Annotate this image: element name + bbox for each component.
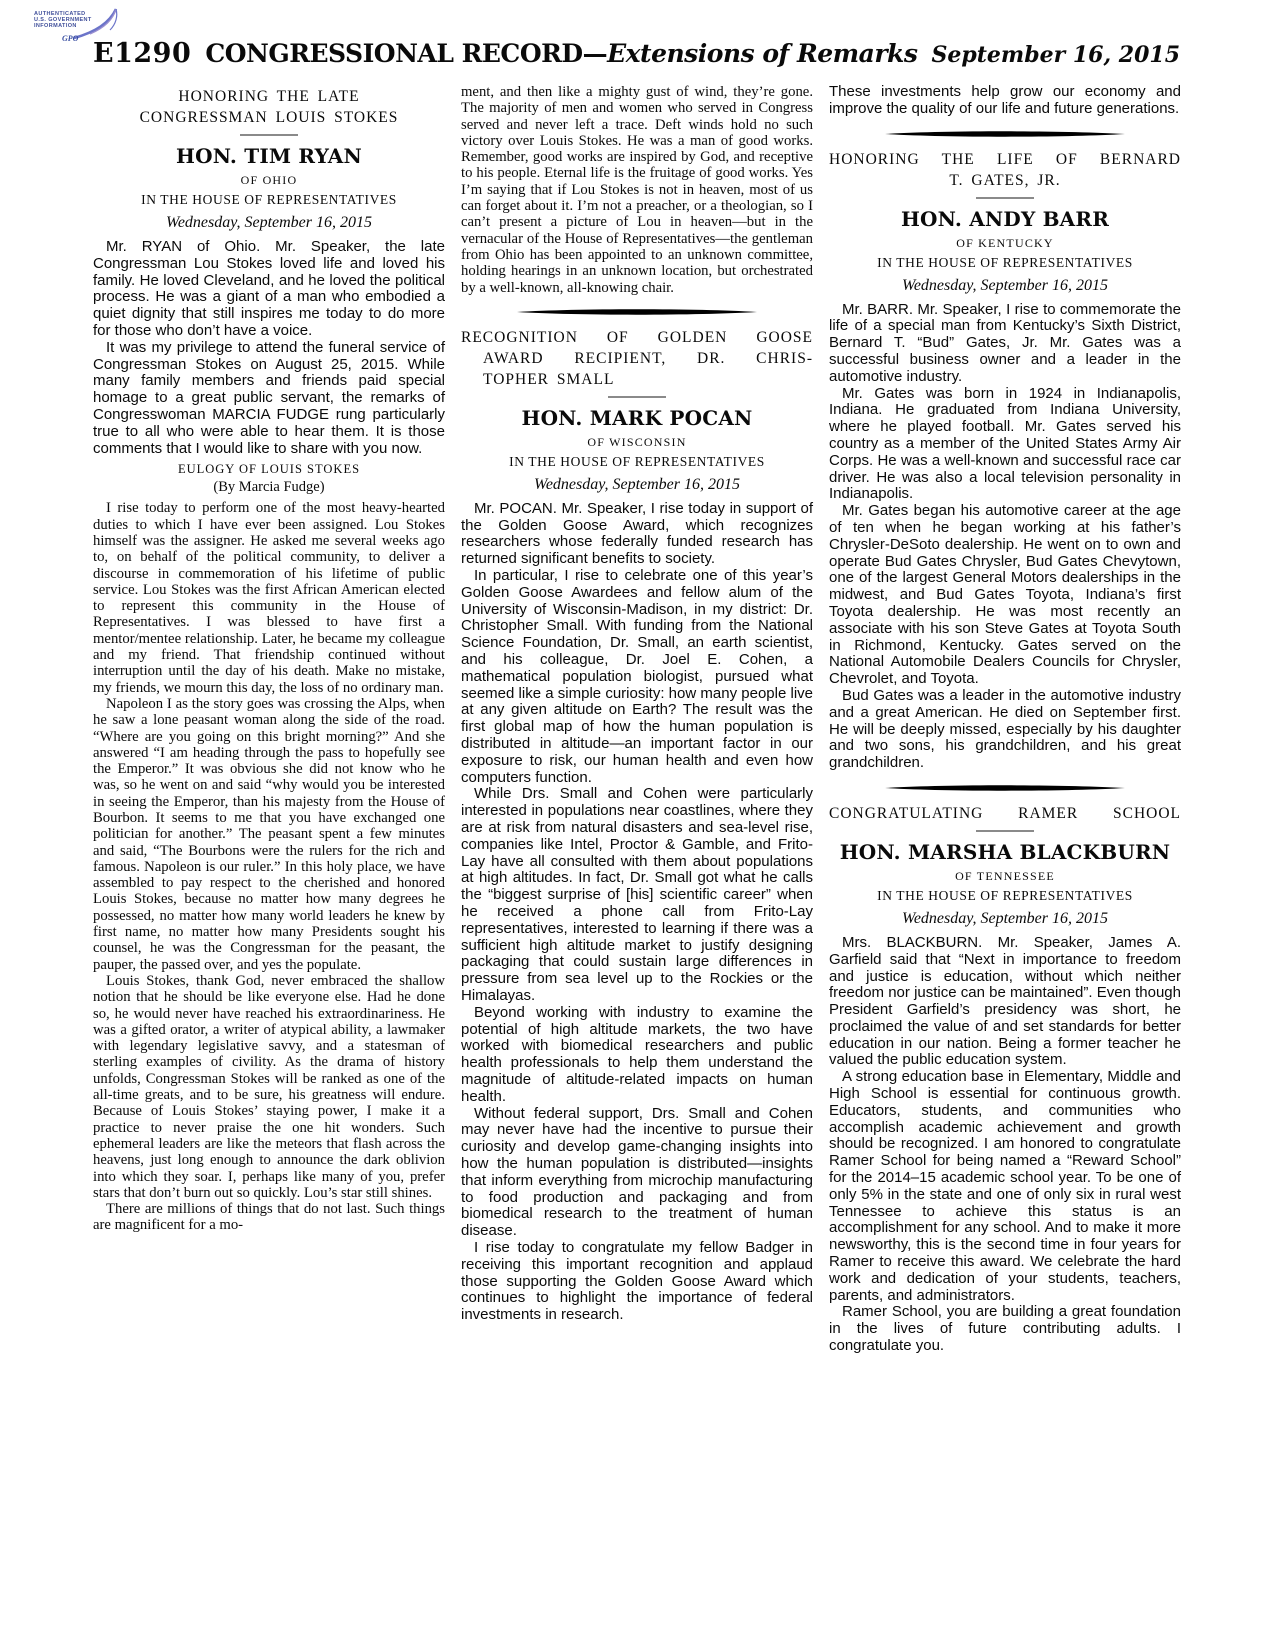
article-title: HONORING THE LATECONGRESSMAN LOUIS STOKE…	[93, 86, 445, 128]
paragraph: I rise today to congratulate my fellow B…	[461, 1240, 813, 1324]
article-title-line: CONGRESSMAN LOUIS STOKES	[93, 107, 445, 128]
paragraph: Without federal support, Drs. Small and …	[461, 1106, 813, 1240]
paragraph: Mr. RYAN of Ohio. Mr. Speaker, the late …	[93, 239, 445, 340]
statement-date: Wednesday, September 16, 2015	[829, 277, 1181, 295]
paragraph: A strong education base in Elementary, M…	[829, 1069, 1181, 1304]
member-chamber: IN THE HOUSE OF REPRESENTATIVES	[461, 454, 813, 470]
paragraph: Mr. Gates was born in 1924 in Indianapol…	[829, 386, 1181, 504]
member-chamber: IN THE HOUSE OF REPRESENTATIVES	[829, 255, 1181, 271]
title-rule	[608, 396, 666, 398]
separator-lens-icon	[885, 784, 1125, 792]
title-rule	[240, 134, 298, 136]
paragraph: Mr. BARR. Mr. Speaker, I rise to commemo…	[829, 302, 1181, 386]
paragraph: Mrs. BLACKBURN. Mr. Speaker, James A. Ga…	[829, 935, 1181, 1069]
journal-title: CONGRESSIONAL RECORD	[205, 39, 582, 68]
article-title-line: HONORING THE LIFE OF BERNARD	[829, 149, 1181, 170]
paragraph: ment, and then like a mighty gust of win…	[461, 84, 813, 296]
page-header: E1290 CONGRESSIONAL RECORD—Extensions of…	[93, 38, 1180, 69]
member-state: OF TENNESSEE	[829, 869, 1181, 884]
issue-date: September 16, 2015	[932, 42, 1181, 68]
column-1: HONORING THE LATECONGRESSMAN LOUIS STOKE…	[93, 84, 445, 1355]
article-title: HONORING THE LIFE OF BERNARDT. GATES, JR…	[829, 149, 1181, 191]
article-title-line: TOPHER SMALL	[461, 369, 813, 390]
paragraph: These investments help grow our economy …	[829, 84, 1181, 118]
paragraph: Louis Stokes, thank God, never embraced …	[93, 973, 445, 1201]
statement-date: Wednesday, September 16, 2015	[829, 910, 1181, 928]
page-number: E1290	[93, 38, 191, 69]
paragraph: There are millions of things that do not…	[93, 1201, 445, 1234]
column-2: ment, and then like a mighty gust of win…	[461, 84, 813, 1355]
paragraph: Bud Gates was a leader in the automotive…	[829, 688, 1181, 772]
article-title-line: AWARD RECIPIENT, DR. CHRIS-	[461, 348, 813, 369]
section-separator	[829, 784, 1181, 792]
subheading: EULOGY OF LOUIS STOKES	[93, 462, 445, 477]
column-3: These investments help grow our economy …	[829, 84, 1181, 1355]
byline: (By Marcia Fudge)	[93, 479, 445, 496]
paragraph: It was my privilege to attend the funera…	[93, 340, 445, 458]
member-state: OF OHIO	[93, 173, 445, 188]
paragraph: While Drs. Small and Cohen were particul…	[461, 786, 813, 1004]
congressional-record-page: AUTHENTICATED U.S. GOVERNMENT INFORMATIO…	[0, 0, 1275, 1650]
member-name: HON. TIM RYAN	[93, 144, 445, 168]
article-title: CONGRATULATING RAMER SCHOOL	[829, 803, 1181, 824]
separator-lens-icon	[885, 130, 1125, 138]
gpo-seal-text: AUTHENTICATED U.S. GOVERNMENT INFORMATIO…	[34, 11, 92, 29]
article-title-line: CONGRATULATING RAMER SCHOOL	[829, 803, 1181, 824]
statement-date: Wednesday, September 16, 2015	[461, 476, 813, 494]
title-rule	[976, 197, 1034, 199]
gpo-seal-gpo-label: GPO	[62, 34, 78, 43]
section-separator	[829, 130, 1181, 138]
masthead: CONGRESSIONAL RECORD—Extensions of Remar…	[191, 39, 931, 68]
member-name: HON. ANDY BARR	[829, 207, 1181, 231]
columns: HONORING THE LATECONGRESSMAN LOUIS STOKE…	[93, 84, 1181, 1355]
paragraph: Napoleon I as the story goes was crossin…	[93, 696, 445, 973]
article-title-line: T. GATES, JR.	[829, 170, 1181, 191]
section-separator	[461, 308, 813, 316]
article-title-line: HONORING THE LATE	[93, 86, 445, 107]
paragraph: Mr. POCAN. Mr. Speaker, I rise today in …	[461, 501, 813, 568]
title-rule	[976, 830, 1034, 832]
paragraph: In particular, I rise to celebrate one o…	[461, 568, 813, 786]
section-title: Extensions of Remarks	[607, 39, 917, 68]
member-chamber: IN THE HOUSE OF REPRESENTATIVES	[829, 888, 1181, 904]
member-state: OF KENTUCKY	[829, 236, 1181, 251]
gpo-seal-line3: INFORMATION	[34, 23, 92, 29]
member-name: HON. MARK POCAN	[461, 406, 813, 430]
member-state: OF WISCONSIN	[461, 435, 813, 450]
paragraph: Ramer School, you are building a great f…	[829, 1304, 1181, 1354]
separator-lens-icon	[517, 308, 757, 316]
masthead-dash: —	[583, 39, 608, 68]
paragraph: Beyond working with industry to examine …	[461, 1005, 813, 1106]
article-title: RECOGNITION OF GOLDEN GOOSEAWARD RECIPIE…	[461, 327, 813, 390]
article-title-line: RECOGNITION OF GOLDEN GOOSE	[461, 327, 813, 348]
member-name: HON. MARSHA BLACKBURN	[829, 840, 1181, 864]
paragraph: Mr. Gates began his automotive career at…	[829, 503, 1181, 688]
paragraph: I rise today to perform one of the most …	[93, 500, 445, 696]
statement-date: Wednesday, September 16, 2015	[93, 214, 445, 232]
member-chamber: IN THE HOUSE OF REPRESENTATIVES	[93, 192, 445, 208]
